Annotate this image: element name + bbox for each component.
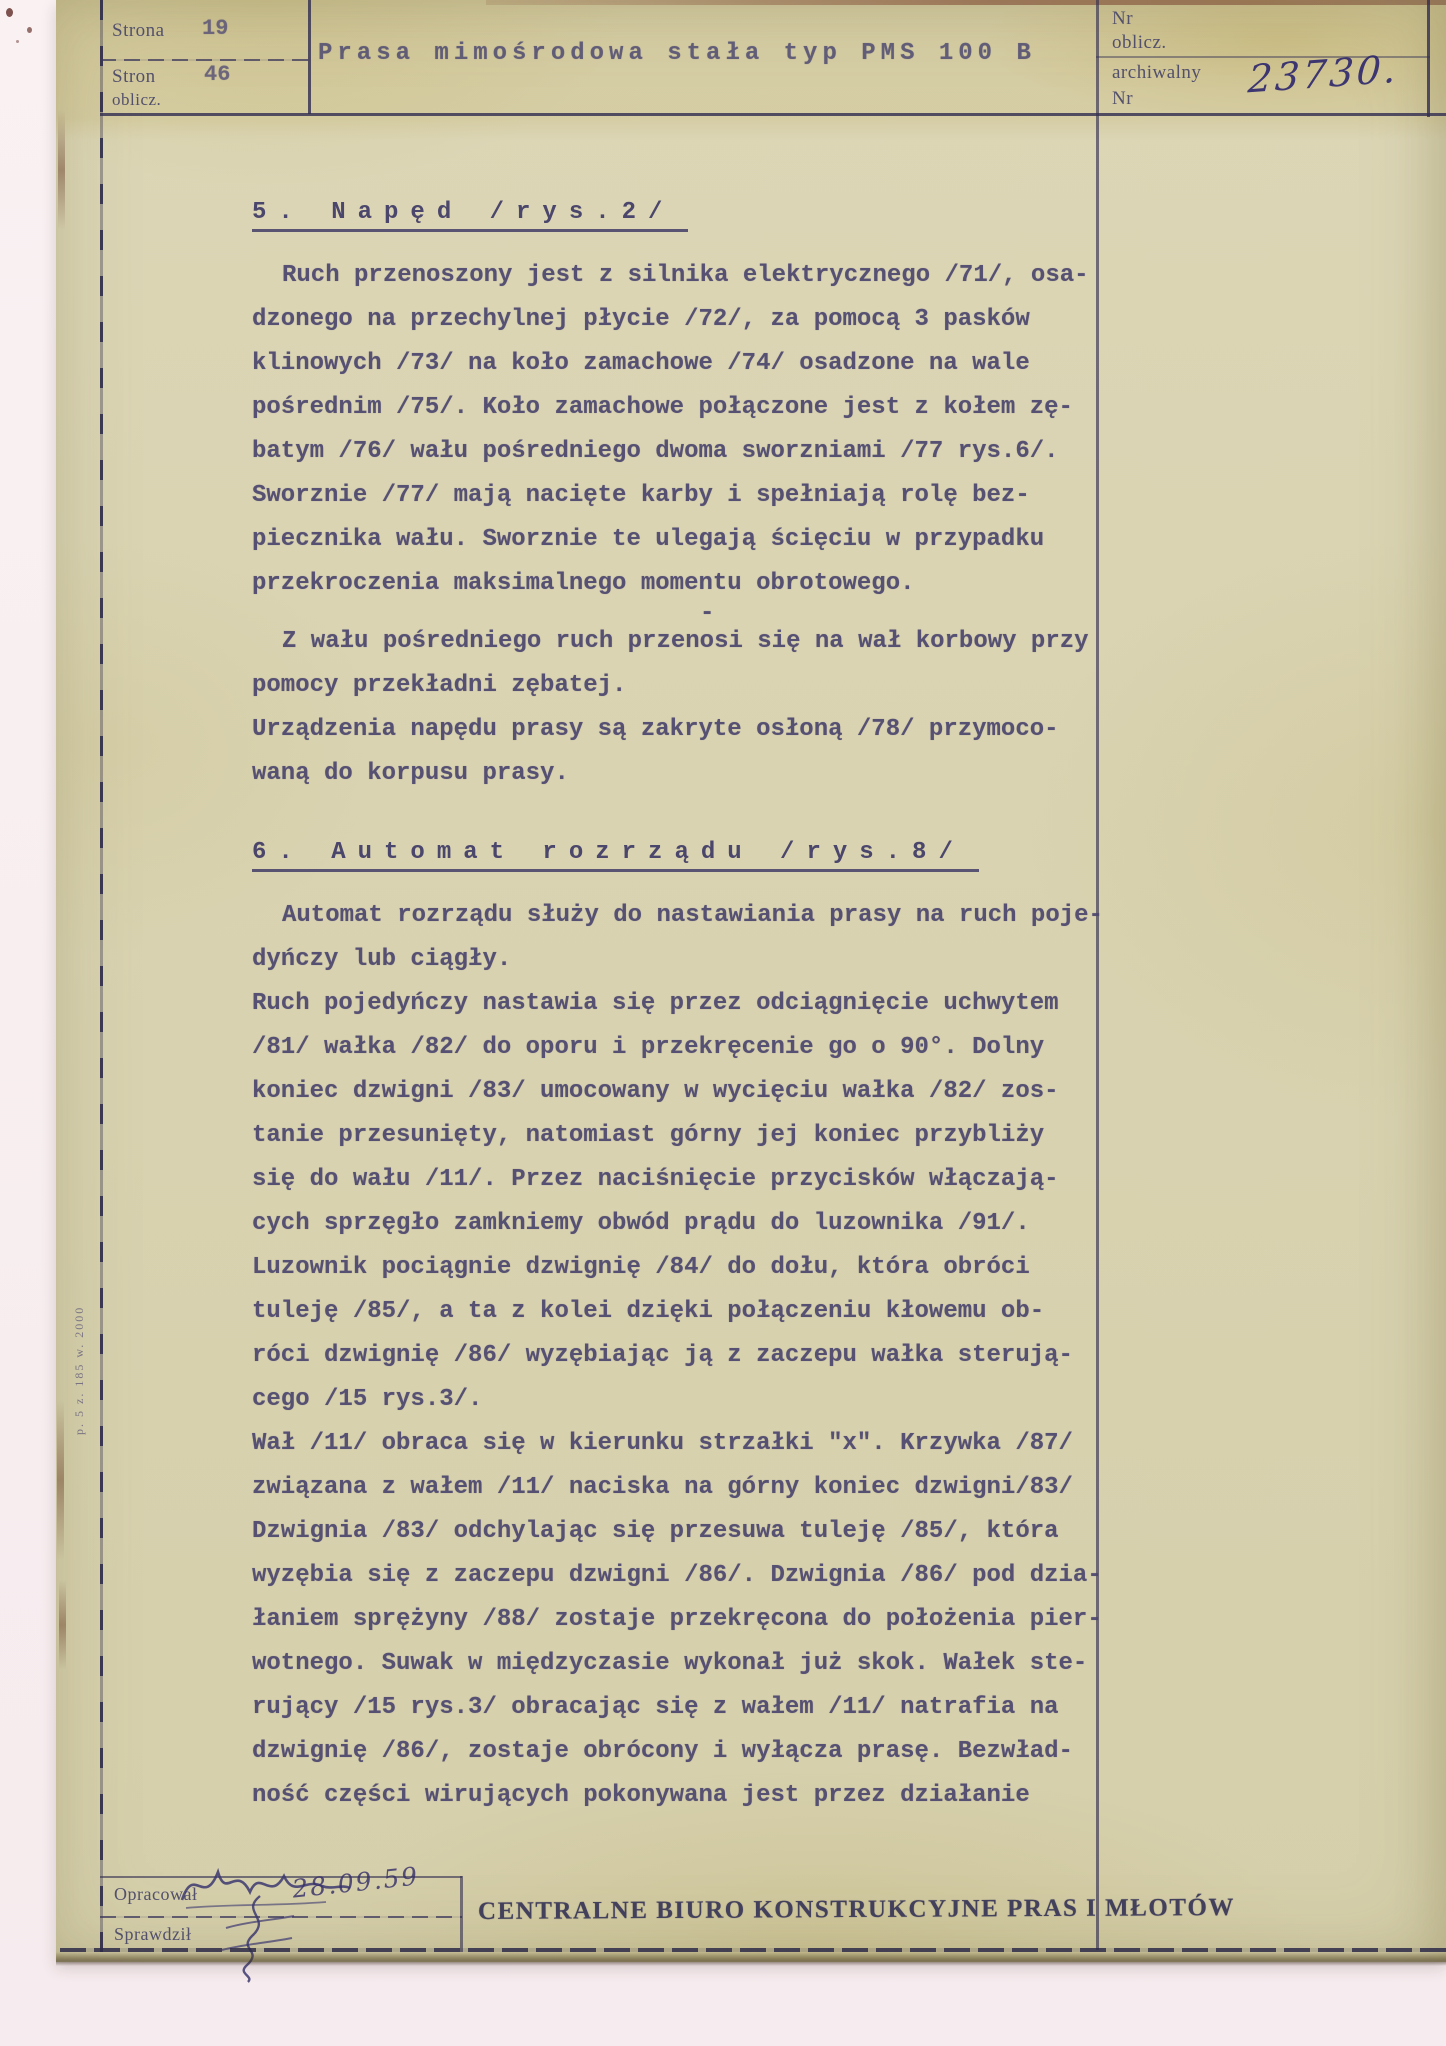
text-line: Automat rozrządu służy do nastawiania pr… bbox=[252, 894, 1172, 938]
text-line: batym /76/ wału pośredniego dwoma sworzn… bbox=[252, 430, 1172, 474]
text-line: Urządzenia napędu prasy są zakryte osłon… bbox=[252, 708, 1172, 752]
scan-top-edge bbox=[486, 0, 1446, 5]
text-line: koniec dzwigni /83/ umocowany w wycięciu… bbox=[252, 1070, 1172, 1114]
text-line: cych sprzęgło zamkniemy obwód prądu do l… bbox=[252, 1202, 1172, 1246]
text-line: tanie przesunięty, natomiast górny jej k… bbox=[252, 1114, 1172, 1158]
header-bottom-line bbox=[100, 113, 1446, 116]
total-pages-label: Stron bbox=[112, 66, 156, 88]
nr-sublabel: oblicz. bbox=[1112, 32, 1167, 54]
header-box-divider-line bbox=[308, 0, 311, 114]
text-line: dzonego na przechylnej płycie /72/, za p… bbox=[252, 298, 1172, 342]
archival-label: archiwalny bbox=[1112, 62, 1201, 84]
section-heading: 6. Automat rozrządu /rys.8/ bbox=[252, 838, 1172, 872]
scanned-page-background: { "colors": { "paper": "#d9d3b2", "typew… bbox=[0, 0, 1446, 2046]
checked-by-label: Sprawdził bbox=[114, 1924, 191, 1945]
text-line: dzwignię /86/, zostaje obrócony i wyłącz… bbox=[252, 1730, 1172, 1774]
text-line: ność części wirujących pokonywana jest p… bbox=[252, 1774, 1172, 1818]
organization-stamp: CENTRALNE BIURO KONSTRUKCYJNE PRAS I MŁO… bbox=[478, 1894, 1235, 1926]
text-line: Dzwignia /83/ odchylając się przesuwa tu… bbox=[252, 1510, 1172, 1554]
header-right-box-edge-line bbox=[1427, 0, 1430, 117]
text-line: klinowych /73/ na koło zamachowe /74/ os… bbox=[252, 342, 1172, 386]
text-line: Wał /11/ obraca się w kierunku strzałki … bbox=[252, 1422, 1172, 1466]
stray-typed-mark: - bbox=[700, 600, 714, 627]
text-line: Ruch pojedyńczy nastawia się przez odcią… bbox=[252, 982, 1172, 1026]
text-line: się do wału /11/. Przez naciśnięcie przy… bbox=[252, 1158, 1172, 1202]
text-line: wyzębia się z zaczepu dzwigni /86/. Dzwi… bbox=[252, 1554, 1172, 1598]
text-line: róci dzwignię /86/ wyzębiając ją z zacze… bbox=[252, 1334, 1172, 1378]
left-margin-line bbox=[100, 0, 103, 1952]
scan-edge-streak bbox=[59, 1580, 66, 1670]
text-line: Luzownik pociągnie dzwignię /84/ do dołu… bbox=[252, 1246, 1172, 1290]
text-line: piecznika wału. Sworznie te ulegają ścię… bbox=[252, 518, 1172, 562]
text-line: pośrednim /75/. Koło zamachowe połączone… bbox=[252, 386, 1172, 430]
archival-nr-label: Nr bbox=[1112, 88, 1133, 110]
text-line: waną do korpusu prasy. bbox=[252, 752, 1172, 796]
text-line: tuleję /85/, a ta z kolei dzięki połącze… bbox=[252, 1290, 1172, 1334]
text-line: łaniem sprężyny /88/ zostaje przekręcona… bbox=[252, 1598, 1172, 1642]
text-line: związana z wałem /11/ naciska na górny k… bbox=[252, 1466, 1172, 1510]
text-body: 5. Napęd /rys.2/Ruch przenoszony jest z … bbox=[252, 198, 1172, 1818]
header-left-box-divider bbox=[100, 59, 310, 61]
text-line: rujący /15 rys.3/ obracając się z wałem … bbox=[252, 1686, 1172, 1730]
footer-box-right-line bbox=[460, 1876, 463, 1952]
text-line: cego /15 rys.3/. bbox=[252, 1378, 1172, 1422]
text-line: /81/ wałka /82/ do oporu i przekręcenie … bbox=[252, 1026, 1172, 1070]
scan-edge-streak bbox=[58, 110, 65, 230]
text-line: Sworznie /77/ mają nacięte karby i spełn… bbox=[252, 474, 1172, 518]
scan-speck bbox=[27, 27, 32, 33]
page-number-label: Strona bbox=[112, 20, 165, 42]
total-pages-value: 46 bbox=[204, 62, 230, 87]
printer-margin-note: p. 5 z. 185 w. 2000 bbox=[72, 1225, 87, 1435]
scan-speck bbox=[16, 40, 19, 43]
sheet-bottom-edge bbox=[56, 1952, 1446, 1966]
text-line: dyńczy lub ciągły. bbox=[252, 938, 1172, 982]
text-line: Ruch przenoszony jest z silnika elektryc… bbox=[252, 254, 1172, 298]
document-title: Prasa mimośrodowa stała typ PMS 100 B bbox=[318, 40, 1036, 67]
text-line: wotnego. Suwak w międzyczasie wykonał ju… bbox=[252, 1642, 1172, 1686]
text-line: pomocy przekładni zębatej. bbox=[252, 664, 1172, 708]
page-number-value: 19 bbox=[202, 16, 228, 41]
section-heading: 5. Napęd /rys.2/ bbox=[252, 198, 1172, 232]
scan-edge-streak bbox=[57, 1400, 64, 1560]
scan-speck bbox=[6, 8, 13, 17]
checked-by-signature bbox=[202, 1892, 312, 1984]
total-pages-sublabel: oblicz. bbox=[112, 90, 161, 110]
nr-label: Nr bbox=[1112, 8, 1133, 30]
